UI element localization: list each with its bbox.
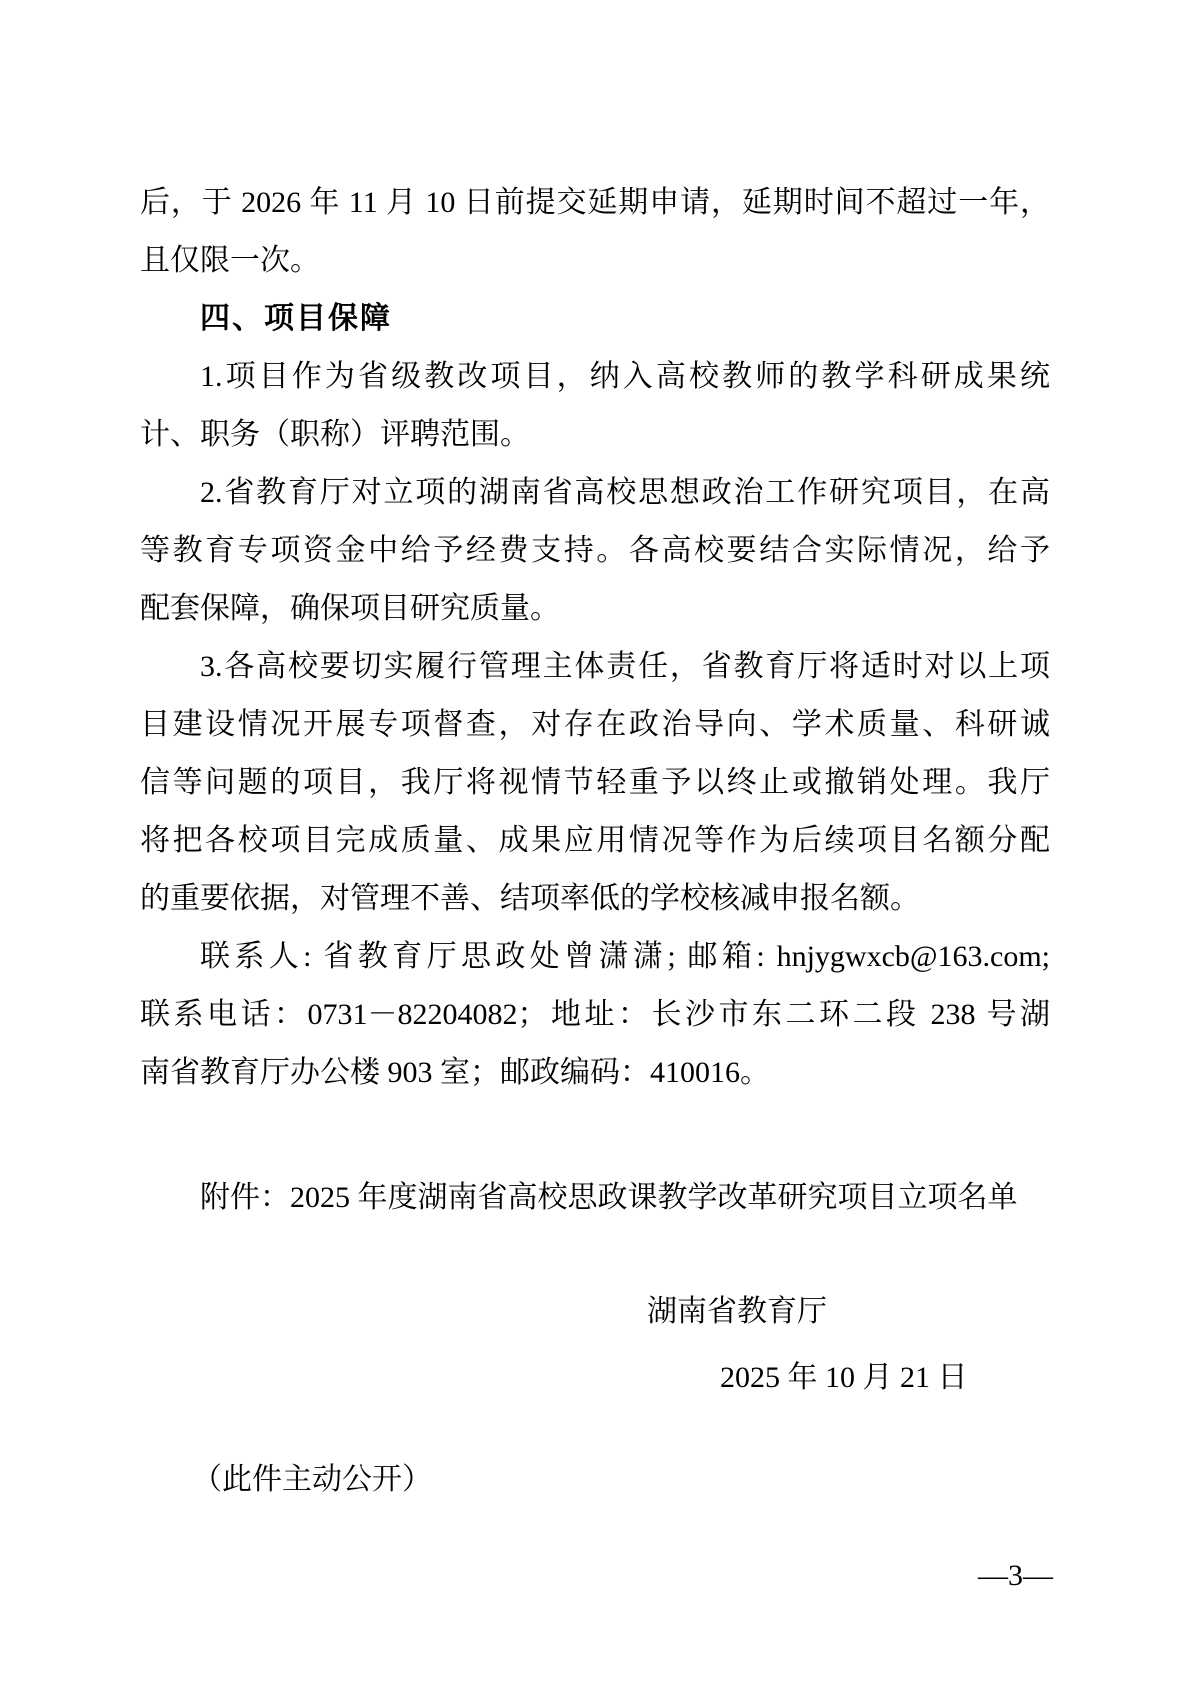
body-line: 信等问题的项目，我厅将视情节轻重予以终止或撤销处理。我厅 <box>140 754 1050 812</box>
contact-address-line: 南省教育厅办公楼 903 室；邮政编码：410016。 <box>140 1044 1050 1102</box>
page-number: —3— <box>978 1556 1053 1596</box>
contact-person-line: 联系人: 省教育厅思政处曾潇潇; 邮箱: hnjygwxcb@163.com; <box>140 928 1050 986</box>
contact-phone-line: 联系电话：0731－82204082；地址：长沙市东二环二段 238 号湖 <box>140 986 1050 1044</box>
attachment-line: 附件：2025 年度湖南省高校思政课教学改革研究项目立项名单 <box>140 1169 1050 1227</box>
spacer <box>140 1102 1050 1169</box>
body-line: 且仅限一次。 <box>140 232 1050 290</box>
body-line: 3.各高校要切实履行管理主体责任，省教育厅将适时对以上项 <box>140 638 1050 696</box>
document-body: 后，于 2026 年 11 月 10 日前提交延期申请，延期时间不超过一年， 且… <box>140 174 1050 1509</box>
body-line: 后，于 2026 年 11 月 10 日前提交延期申请，延期时间不超过一年， <box>140 174 1050 232</box>
body-line: 1.项目作为省级教改项目，纳入高校教师的教学科研成果统 <box>140 348 1050 406</box>
body-line: 配套保障，确保项目研究质量。 <box>140 580 1050 638</box>
body-line: 2.省教育厅对立项的湖南省高校思想政治工作研究项目，在高 <box>140 464 1050 522</box>
spacer <box>140 1227 1050 1283</box>
disclosure-note: （此件主动公开） <box>140 1451 1050 1509</box>
section-heading: 四、项目保障 <box>140 290 1050 348</box>
issuer-signature: 湖南省教育厅 <box>647 1283 1050 1341</box>
spacer <box>140 1341 1050 1349</box>
document-page: 后，于 2026 年 11 月 10 日前提交延期申请，延期时间不超过一年， 且… <box>0 0 1191 1684</box>
spacer <box>140 1407 1050 1451</box>
body-line: 计、职务（职称）评聘范围。 <box>140 406 1050 464</box>
body-line: 目建设情况开展专项督查，对存在政治导向、学术质量、科研诚 <box>140 696 1050 754</box>
body-line: 的重要依据，对管理不善、结项率低的学校核减申报名额。 <box>140 870 1050 928</box>
issue-date: 2025 年 10 月 21 日 <box>720 1349 1050 1407</box>
body-line: 等教育专项资金中给予经费支持。各高校要结合实际情况，给予 <box>140 522 1050 580</box>
body-line: 将把各校项目完成质量、成果应用情况等作为后续项目名额分配 <box>140 812 1050 870</box>
